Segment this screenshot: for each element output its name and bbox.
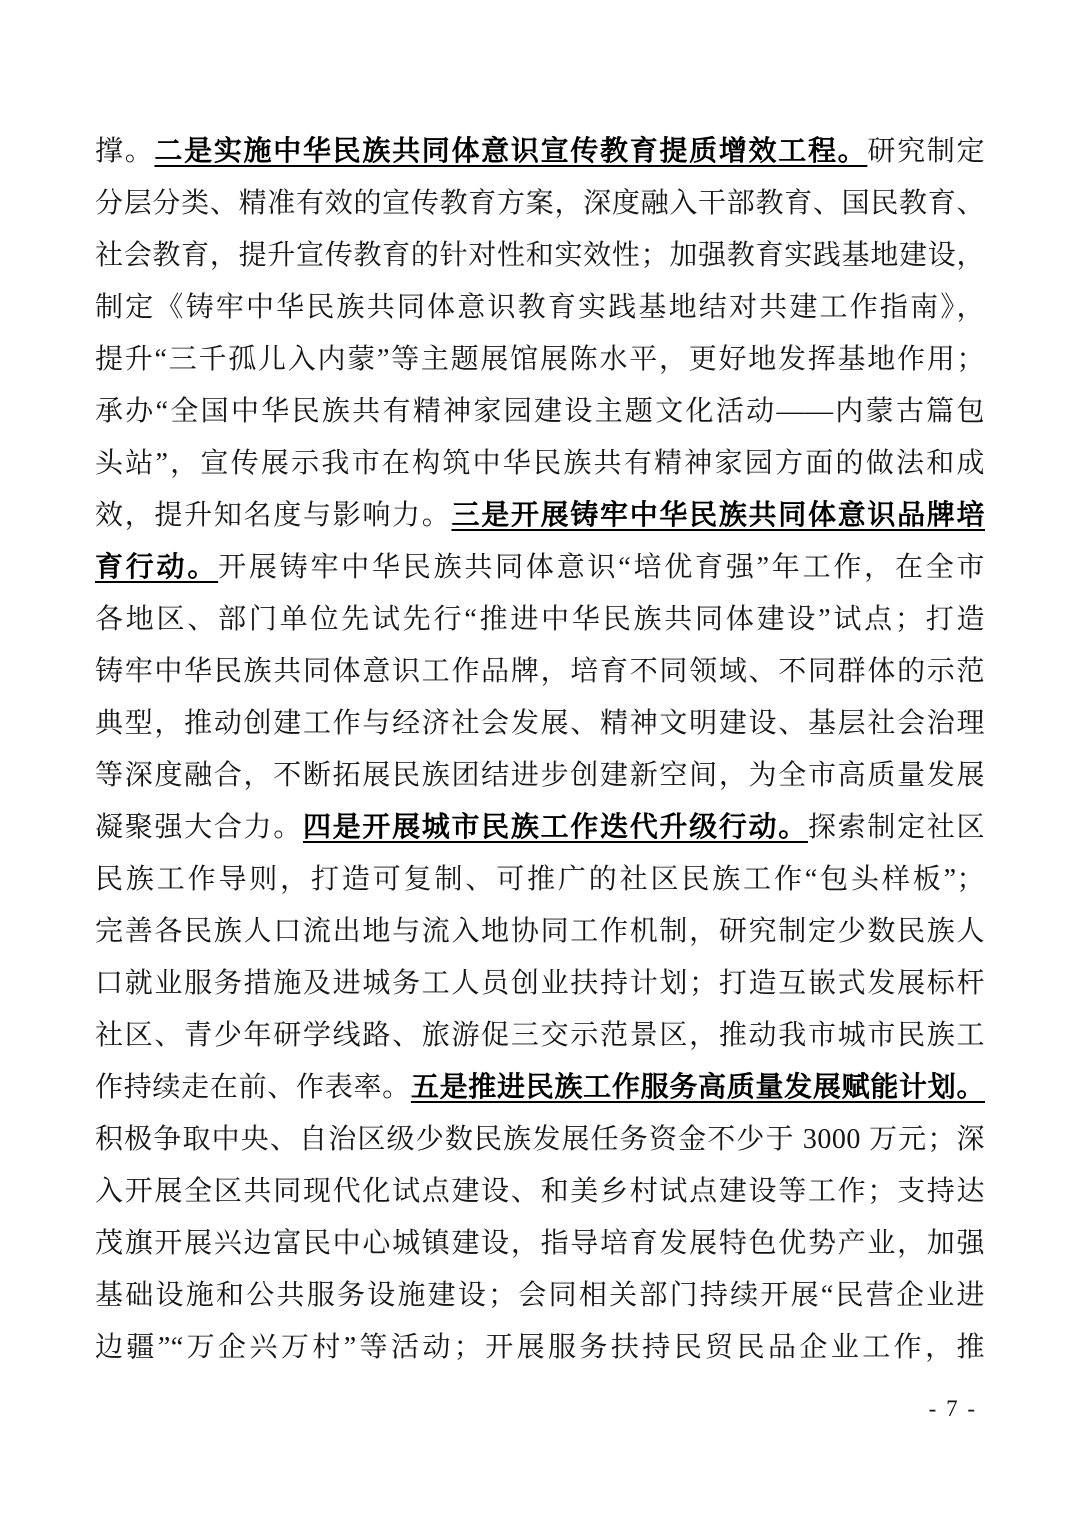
text-segment: 基础设施和公共服务设施建设；会同相关部门持续开展“民营企业进: [95, 1280, 985, 1311]
text-line: 入开展全区共同现代化试点建设、和美乡村试点建设等工作；支持达: [95, 1166, 985, 1218]
text-line: 头站”，宣传展示我市在构筑中华民族共有精神家园方面的做法和成: [95, 438, 985, 490]
text-line: 社区、青少年研学线路、旅游促三交示范景区，推动我市城市民族工: [95, 1010, 985, 1062]
emphasized-text-segment: 五是推进民族工作服务高质量发展赋能计划。: [411, 1072, 985, 1103]
text-line: 完善各民族人口流出地与流入地协同工作机制，研究制定少数民族人: [95, 906, 985, 958]
text-line: 各地区、部门单位先试先行“推进中华民族共同体建设”试点；打造: [95, 594, 985, 646]
text-segment: 研究制定: [867, 136, 985, 167]
document-body: 撑。二是实施中华民族共同体意识宣传教育提质增效工程。研究制定分层分类、精准有效的…: [95, 126, 985, 1374]
text-segment: 典型，推动创建工作与经济社会发展、精神文明建设、基层社会治理: [95, 708, 985, 739]
text-line: 铸牢中华民族共同体意识工作品牌，培育不同领域、不同群体的示范: [95, 646, 985, 698]
text-segment: 开展铸牢中华民族共同体意识“培优育强”年工作，在全市: [218, 552, 985, 583]
text-segment: 等深度融合，不断拓展民族团结进步创建新空间，为全市高质量发展: [95, 760, 985, 791]
text-segment: 效，提升知名度与影响力。: [95, 500, 451, 531]
text-segment: 完善各民族人口流出地与流入地协同工作机制，研究制定少数民族人: [95, 916, 985, 947]
text-line: 积极争取中央、自治区级少数民族发展任务资金不少于 3000 万元；深: [95, 1114, 985, 1166]
text-line: 育行动。开展铸牢中华民族共同体意识“培优育强”年工作，在全市: [95, 542, 985, 594]
text-line: 承办“全国中华民族共有精神家园建设主题文化活动——内蒙古篇包: [95, 386, 985, 438]
text-segment: 民族工作导则，打造可复制、可推广的社区民族工作“包头样板”；: [95, 864, 985, 895]
text-line: 提升“三千孤儿入内蒙”等主题展馆展陈水平，更好地发挥基地作用；: [95, 334, 985, 386]
text-line: 基础设施和公共服务设施建设；会同相关部门持续开展“民营企业进: [95, 1270, 985, 1322]
text-segment: 撑。: [95, 136, 154, 167]
text-segment: 入开展全区共同现代化试点建设、和美乡村试点建设等工作；支持达: [95, 1176, 985, 1207]
text-line: 典型，推动创建工作与经济社会发展、精神文明建设、基层社会治理: [95, 698, 985, 750]
text-segment: 凝聚强大合力。: [95, 812, 303, 843]
text-line: 作持续走在前、作表率。五是推进民族工作服务高质量发展赋能计划。: [95, 1062, 985, 1114]
text-segment: 制定《铸牢中华民族共同体意识教育实践基地结对共建工作指南》，: [95, 292, 985, 323]
text-segment: 边疆”“万企兴万村”等活动；开展服务扶持民贸民品企业工作，推: [95, 1332, 985, 1363]
text-line: 凝聚强大合力。四是开展城市民族工作迭代升级行动。探索制定社区: [95, 802, 985, 854]
text-segment: 头站”，宣传展示我市在构筑中华民族共有精神家园方面的做法和成: [95, 448, 985, 479]
text-segment: 作持续走在前、作表率。: [95, 1072, 411, 1103]
text-segment: 铸牢中华民族共同体意识工作品牌，培育不同领域、不同群体的示范: [95, 656, 985, 687]
text-line: 民族工作导则，打造可复制、可推广的社区民族工作“包头样板”；: [95, 854, 985, 906]
document-page: 撑。二是实施中华民族共同体意识宣传教育提质增效工程。研究制定分层分类、精准有效的…: [0, 0, 1075, 1520]
text-line: 撑。二是实施中华民族共同体意识宣传教育提质增效工程。研究制定: [95, 126, 985, 178]
text-line: 等深度融合，不断拓展民族团结进步创建新空间，为全市高质量发展: [95, 750, 985, 802]
emphasized-text-segment: 二是实施中华民族共同体意识宣传教育提质增效工程。: [154, 136, 867, 167]
page-number: - 7 -: [929, 1394, 977, 1424]
text-segment: 社会教育，提升宣传教育的针对性和实效性；加强教育实践基地建设，: [95, 240, 985, 271]
text-segment: 探索制定社区: [808, 812, 985, 843]
emphasized-text-segment: 四是开展城市民族工作迭代升级行动。: [303, 812, 808, 843]
text-line: 社会教育，提升宣传教育的针对性和实效性；加强教育实践基地建设，: [95, 230, 985, 282]
text-segment: 积极争取中央、自治区级少数民族发展任务资金不少于 3000 万元；深: [95, 1124, 985, 1155]
text-segment: 各地区、部门单位先试先行“推进中华民族共同体建设”试点；打造: [95, 604, 985, 635]
text-line: 口就业服务措施及进城务工人员创业扶持计划；打造互嵌式发展标杆: [95, 958, 985, 1010]
text-segment: 社区、青少年研学线路、旅游促三交示范景区，推动我市城市民族工: [95, 1020, 985, 1051]
emphasized-text-segment: 育行动。: [95, 552, 218, 583]
text-line: 制定《铸牢中华民族共同体意识教育实践基地结对共建工作指南》，: [95, 282, 985, 334]
text-segment: 口就业服务措施及进城务工人员创业扶持计划；打造互嵌式发展标杆: [95, 968, 985, 999]
text-line: 茂旗开展兴边富民中心城镇建设，指导培育发展特色优势产业，加强: [95, 1218, 985, 1270]
text-line: 分层分类、精准有效的宣传教育方案，深度融入干部教育、国民教育、: [95, 178, 985, 230]
text-segment: 分层分类、精准有效的宣传教育方案，深度融入干部教育、国民教育、: [95, 188, 985, 219]
text-segment: 茂旗开展兴边富民中心城镇建设，指导培育发展特色优势产业，加强: [95, 1228, 985, 1259]
text-line: 效，提升知名度与影响力。三是开展铸牢中华民族共同体意识品牌培: [95, 490, 985, 542]
text-line: 边疆”“万企兴万村”等活动；开展服务扶持民贸民品企业工作，推: [95, 1322, 985, 1374]
emphasized-text-segment: 三是开展铸牢中华民族共同体意识品牌培: [451, 500, 985, 531]
text-segment: 承办“全国中华民族共有精神家园建设主题文化活动——内蒙古篇包: [95, 396, 985, 427]
text-segment: 提升“三千孤儿入内蒙”等主题展馆展陈水平，更好地发挥基地作用；: [95, 344, 985, 375]
